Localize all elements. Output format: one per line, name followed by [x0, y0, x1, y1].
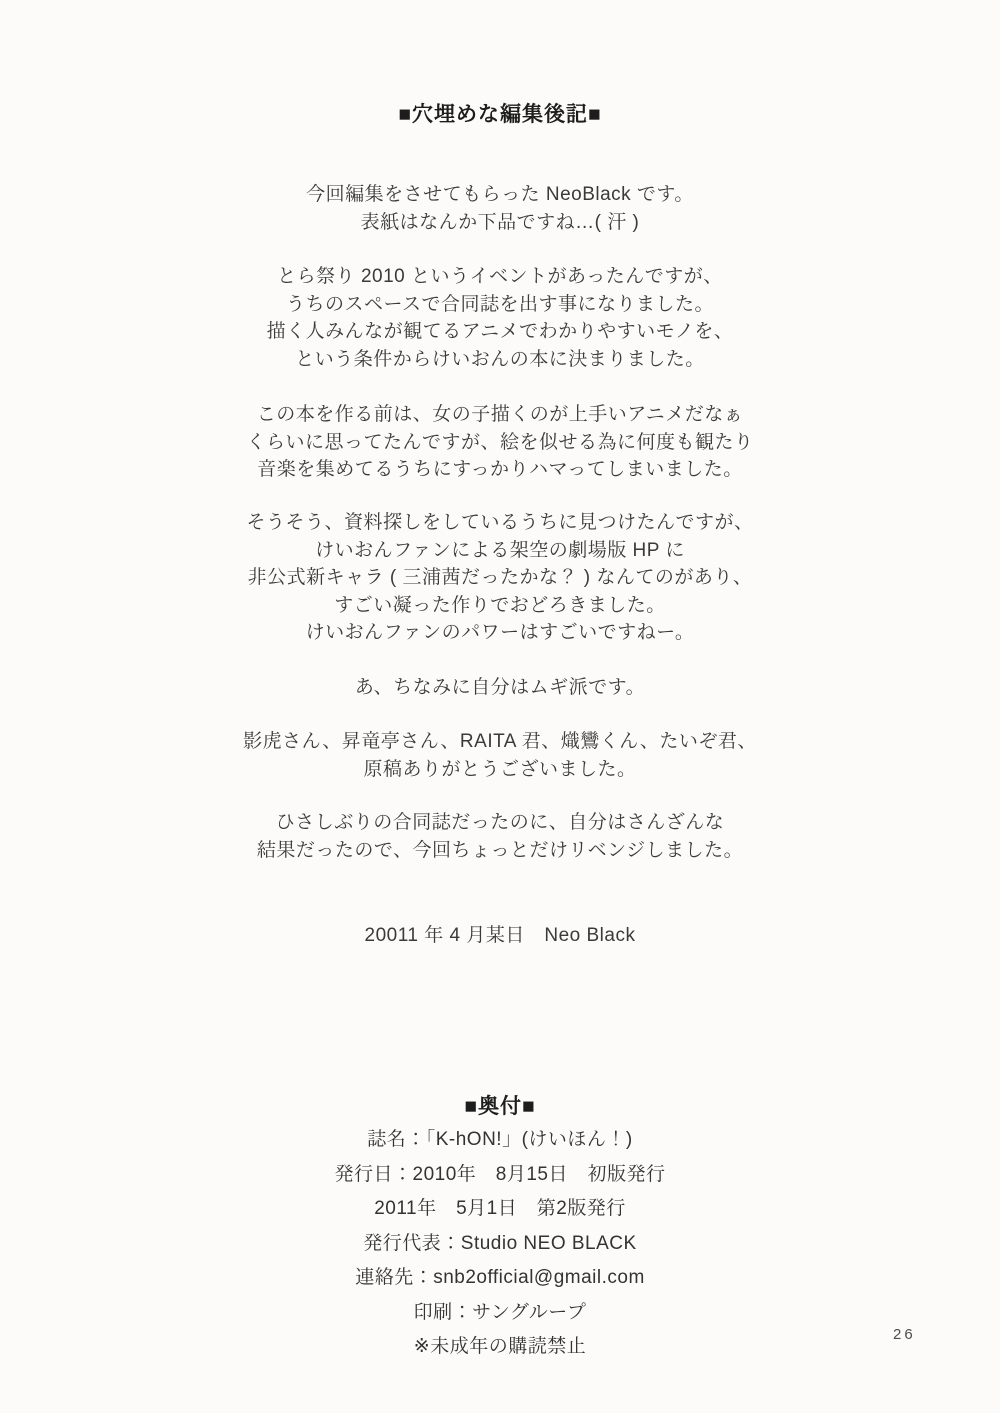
- afterword-paragraph-1: 今回編集をさせてもらった NeoBlack です。 表紙はなんか下品ですね…( …: [0, 181, 1000, 236]
- scanned-document-page: ■穴埋めな編集後記■ 今回編集をさせてもらった NeoBlack です。 表紙は…: [0, 0, 1000, 1413]
- afterword-signoff-date: 20011 年 4 月某日 Neo Black: [0, 920, 1000, 947]
- colophon-title: ■奥付■: [0, 1090, 1000, 1120]
- colophon-details: 誌名：「K-hON!」(けいほん！) 発行日：2010年 8月15日 初版発行 …: [0, 1123, 1000, 1365]
- afterword-paragraph-2: とら祭り 2010 というイベントがあったんですが、 うちのスペースで合同誌を出…: [0, 263, 1000, 373]
- afterword-paragraph-5: あ、ちなみに自分はムギ派です。: [0, 674, 1000, 702]
- afterword-paragraph-6-credits: 影虎さん、昇竜亭さん、RAITA 君、熾鸞くん、たいぞ君、 原稿ありがとうござい…: [0, 728, 1000, 783]
- afterword-paragraph-3: この本を作る前は、女の子描くのが上手いアニメだなぁ くらいに思ってたんですが、絵…: [0, 401, 1000, 484]
- afterword-paragraph-4: そうそう、資料探しをしているうちに見つけたんですが、 けいおんファンによる架空の…: [0, 509, 1000, 647]
- page-number: 26: [893, 1326, 916, 1343]
- afterword-title: ■穴埋めな編集後記■: [0, 98, 1000, 128]
- afterword-paragraph-7: ひさしぶりの合同誌だったのに、自分はさんざんな 結果だったので、今回ちょっとだけ…: [0, 809, 1000, 864]
